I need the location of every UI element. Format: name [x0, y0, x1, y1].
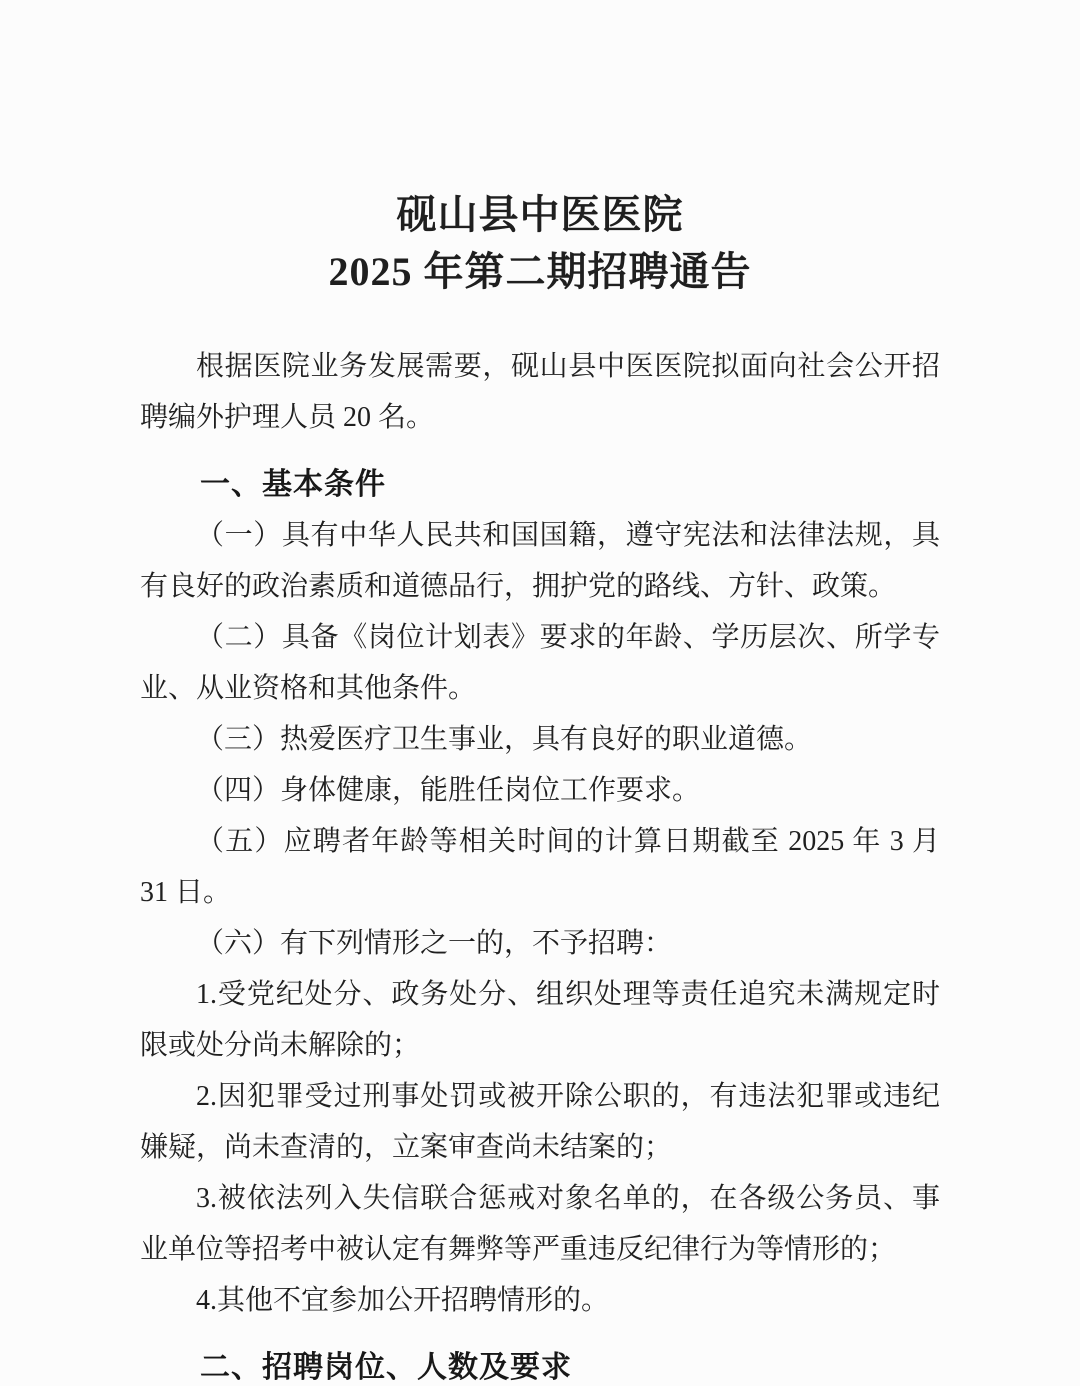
title-line-2: 2025 年第二期招聘通告 [140, 243, 940, 300]
subitem-1-line-2: 限或处分尚未解除的； [140, 1020, 940, 1071]
item-6: （六）有下列情形之一的，不予招聘： [140, 918, 940, 969]
item-2-line-2: 业、从业资格和其他条件。 [140, 663, 940, 714]
subitem-1-line-1: 1.受党纪处分、政务处分、组织处理等责任追究未满规定时 [140, 969, 940, 1020]
item-3: （三）热爱医疗卫生事业，具有良好的职业道德。 [140, 714, 940, 765]
subitem-2-line-2: 嫌疑，尚未查清的，立案审查尚未结案的； [140, 1122, 940, 1173]
subitem-2-line-1: 2.因犯罪受过刑事处罚或被开除公职的，有违法犯罪或违纪 [140, 1071, 940, 1122]
item-4: （四）身体健康，能胜任岗位工作要求。 [140, 765, 940, 816]
item-1-line-2: 有良好的政治素质和道德品行，拥护党的路线、方针、政策。 [140, 561, 940, 612]
subitem-4: 4.其他不宜参加公开招聘情形的。 [140, 1275, 940, 1326]
intro-line-2: 聘编外护理人员 20 名。 [140, 392, 940, 443]
intro-line-1: 根据医院业务发展需要，砚山县中医医院拟面向社会公开招 [140, 341, 940, 392]
item-5-line-1: （五）应聘者年龄等相关时间的计算日期截至 2025 年 3 月 [140, 816, 940, 867]
title-line-1: 砚山县中医医院 [140, 186, 940, 243]
section-2-heading: 二、招聘岗位、人数及要求 [140, 1342, 940, 1386]
item-1-line-1: （一）具有中华人民共和国国籍，遵守宪法和法律法规，具 [140, 510, 940, 561]
subitem-3-line-1: 3.被依法列入失信联合惩戒对象名单的，在各级公务员、事 [140, 1173, 940, 1224]
section-1-heading: 一、基本条件 [140, 459, 940, 510]
item-5-line-2: 31 日。 [140, 867, 940, 918]
document-page: 砚山县中医医院 2025 年第二期招聘通告 根据医院业务发展需要，砚山县中医医院… [0, 0, 1080, 1386]
document-title: 砚山县中医医院 2025 年第二期招聘通告 [140, 186, 940, 300]
subitem-3-line-2: 业单位等招考中被认定有舞弊等严重违反纪律行为等情形的； [140, 1224, 940, 1275]
item-2-line-1: （二）具备《岗位计划表》要求的年龄、学历层次、所学专 [140, 612, 940, 663]
